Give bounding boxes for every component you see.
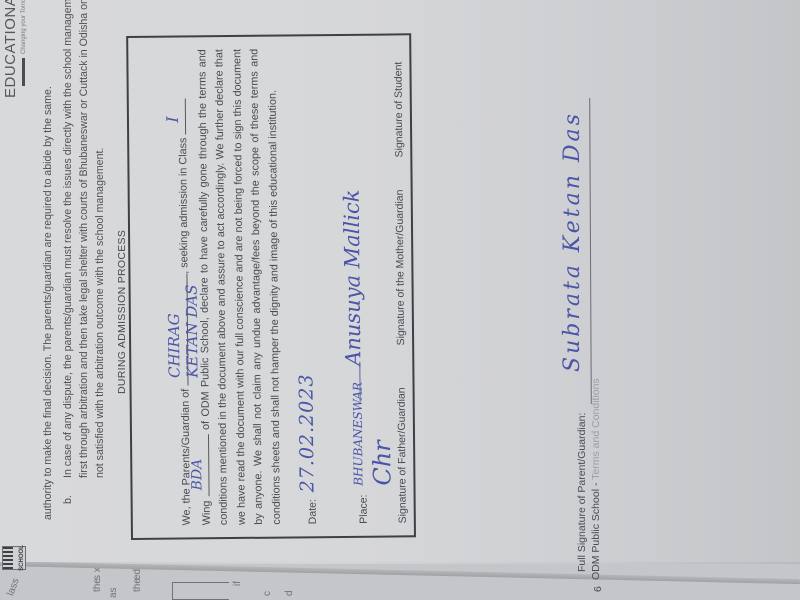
underlying-fragment: the bbox=[132, 578, 143, 592]
mother-signature-label: Signature of the Mother/Guardian bbox=[394, 189, 407, 345]
footer-doc-title: Terms and Conditions bbox=[590, 378, 602, 480]
student-name-field: CHIRAG KETAN DAS bbox=[174, 274, 188, 386]
underlying-fragment: c bbox=[262, 591, 273, 596]
class-handwritten: I bbox=[164, 116, 182, 122]
brand-title: EDUCATIONAL GROUP bbox=[2, 0, 19, 98]
declaration-paragraph: We, the Parents/Guardian of CHIRAG KETAN… bbox=[172, 49, 286, 526]
place-handwritten: BHUBANESWAR bbox=[350, 382, 365, 486]
item-line: In case of any dispute, the parents/guar… bbox=[62, 0, 74, 478]
full-signature-label: Full Signature of Parent/Guardian: bbox=[576, 413, 588, 572]
place-label: Place: bbox=[358, 495, 370, 524]
underlying-fragment: the bbox=[92, 578, 103, 592]
date-label: Date: bbox=[307, 499, 319, 524]
rotated-document-photo: lass the s x as the ed if c d SCHOOL EDU… bbox=[0, 0, 800, 600]
father-signature-handwritten: Chr bbox=[368, 440, 396, 486]
section-heading: DURING ADMISSION PROCESS bbox=[116, 230, 128, 394]
full-signature-line bbox=[589, 98, 592, 404]
student-signature-label: Signature of Student bbox=[392, 62, 405, 158]
full-signature-handwritten: Subrata Ketan Das bbox=[560, 111, 585, 372]
logo-text: SCHOOL bbox=[19, 545, 25, 571]
brand-tagline: Changing your Tomorrow bbox=[21, 0, 27, 54]
underlying-fragment: d bbox=[284, 590, 295, 596]
document-page: SCHOOL EDUCATIONAL GROUP Changing your T… bbox=[0, 0, 800, 562]
place-underline-flourish bbox=[359, 362, 360, 402]
underlying-fragment: if bbox=[232, 581, 243, 586]
underlying-fragment: lass bbox=[5, 577, 21, 597]
footer-text: ODM Public School - Terms and Conditions bbox=[590, 378, 602, 580]
page-number: 6 bbox=[592, 586, 604, 592]
underlying-fragment: ed bbox=[132, 569, 143, 580]
underlying-fragment: as bbox=[108, 587, 119, 598]
student-name-handwritten: CHIRAG KETAN DAS bbox=[165, 274, 201, 378]
item-line: first through arbitration and then take … bbox=[78, 0, 90, 478]
wing-label: Wing bbox=[200, 501, 212, 526]
class-field: I bbox=[173, 99, 186, 135]
brand-underline bbox=[22, 58, 25, 86]
underlying-fragment: s x bbox=[92, 567, 103, 580]
footer-school: ODM Public School - bbox=[590, 480, 602, 580]
father-signature-label: Signature of Father/Guardian bbox=[396, 387, 409, 523]
declaration-body: of ODM Public School, declare to have ca… bbox=[196, 49, 283, 525]
wing-handwritten: BDA bbox=[189, 459, 207, 491]
underlying-table-box bbox=[172, 582, 229, 600]
wing-field: BDA bbox=[196, 434, 210, 496]
intro-line: authority to make the final decision. Th… bbox=[42, 86, 54, 520]
seeking-text: , seeking admission in Class bbox=[177, 138, 190, 274]
date-handwritten: 27.02.2023 bbox=[295, 373, 318, 492]
item-marker: b. bbox=[62, 495, 74, 504]
school-logo: SCHOOL bbox=[2, 546, 26, 570]
declaration-prefix: We, the Parents/Guardian of bbox=[180, 389, 193, 526]
declaration-box: We, the Parents/Guardian of CHIRAG KETAN… bbox=[126, 33, 416, 540]
item-line: not satisfied with the arbitration outco… bbox=[94, 148, 106, 478]
mother-signature-handwritten: Anusuya Mallick bbox=[340, 190, 366, 366]
